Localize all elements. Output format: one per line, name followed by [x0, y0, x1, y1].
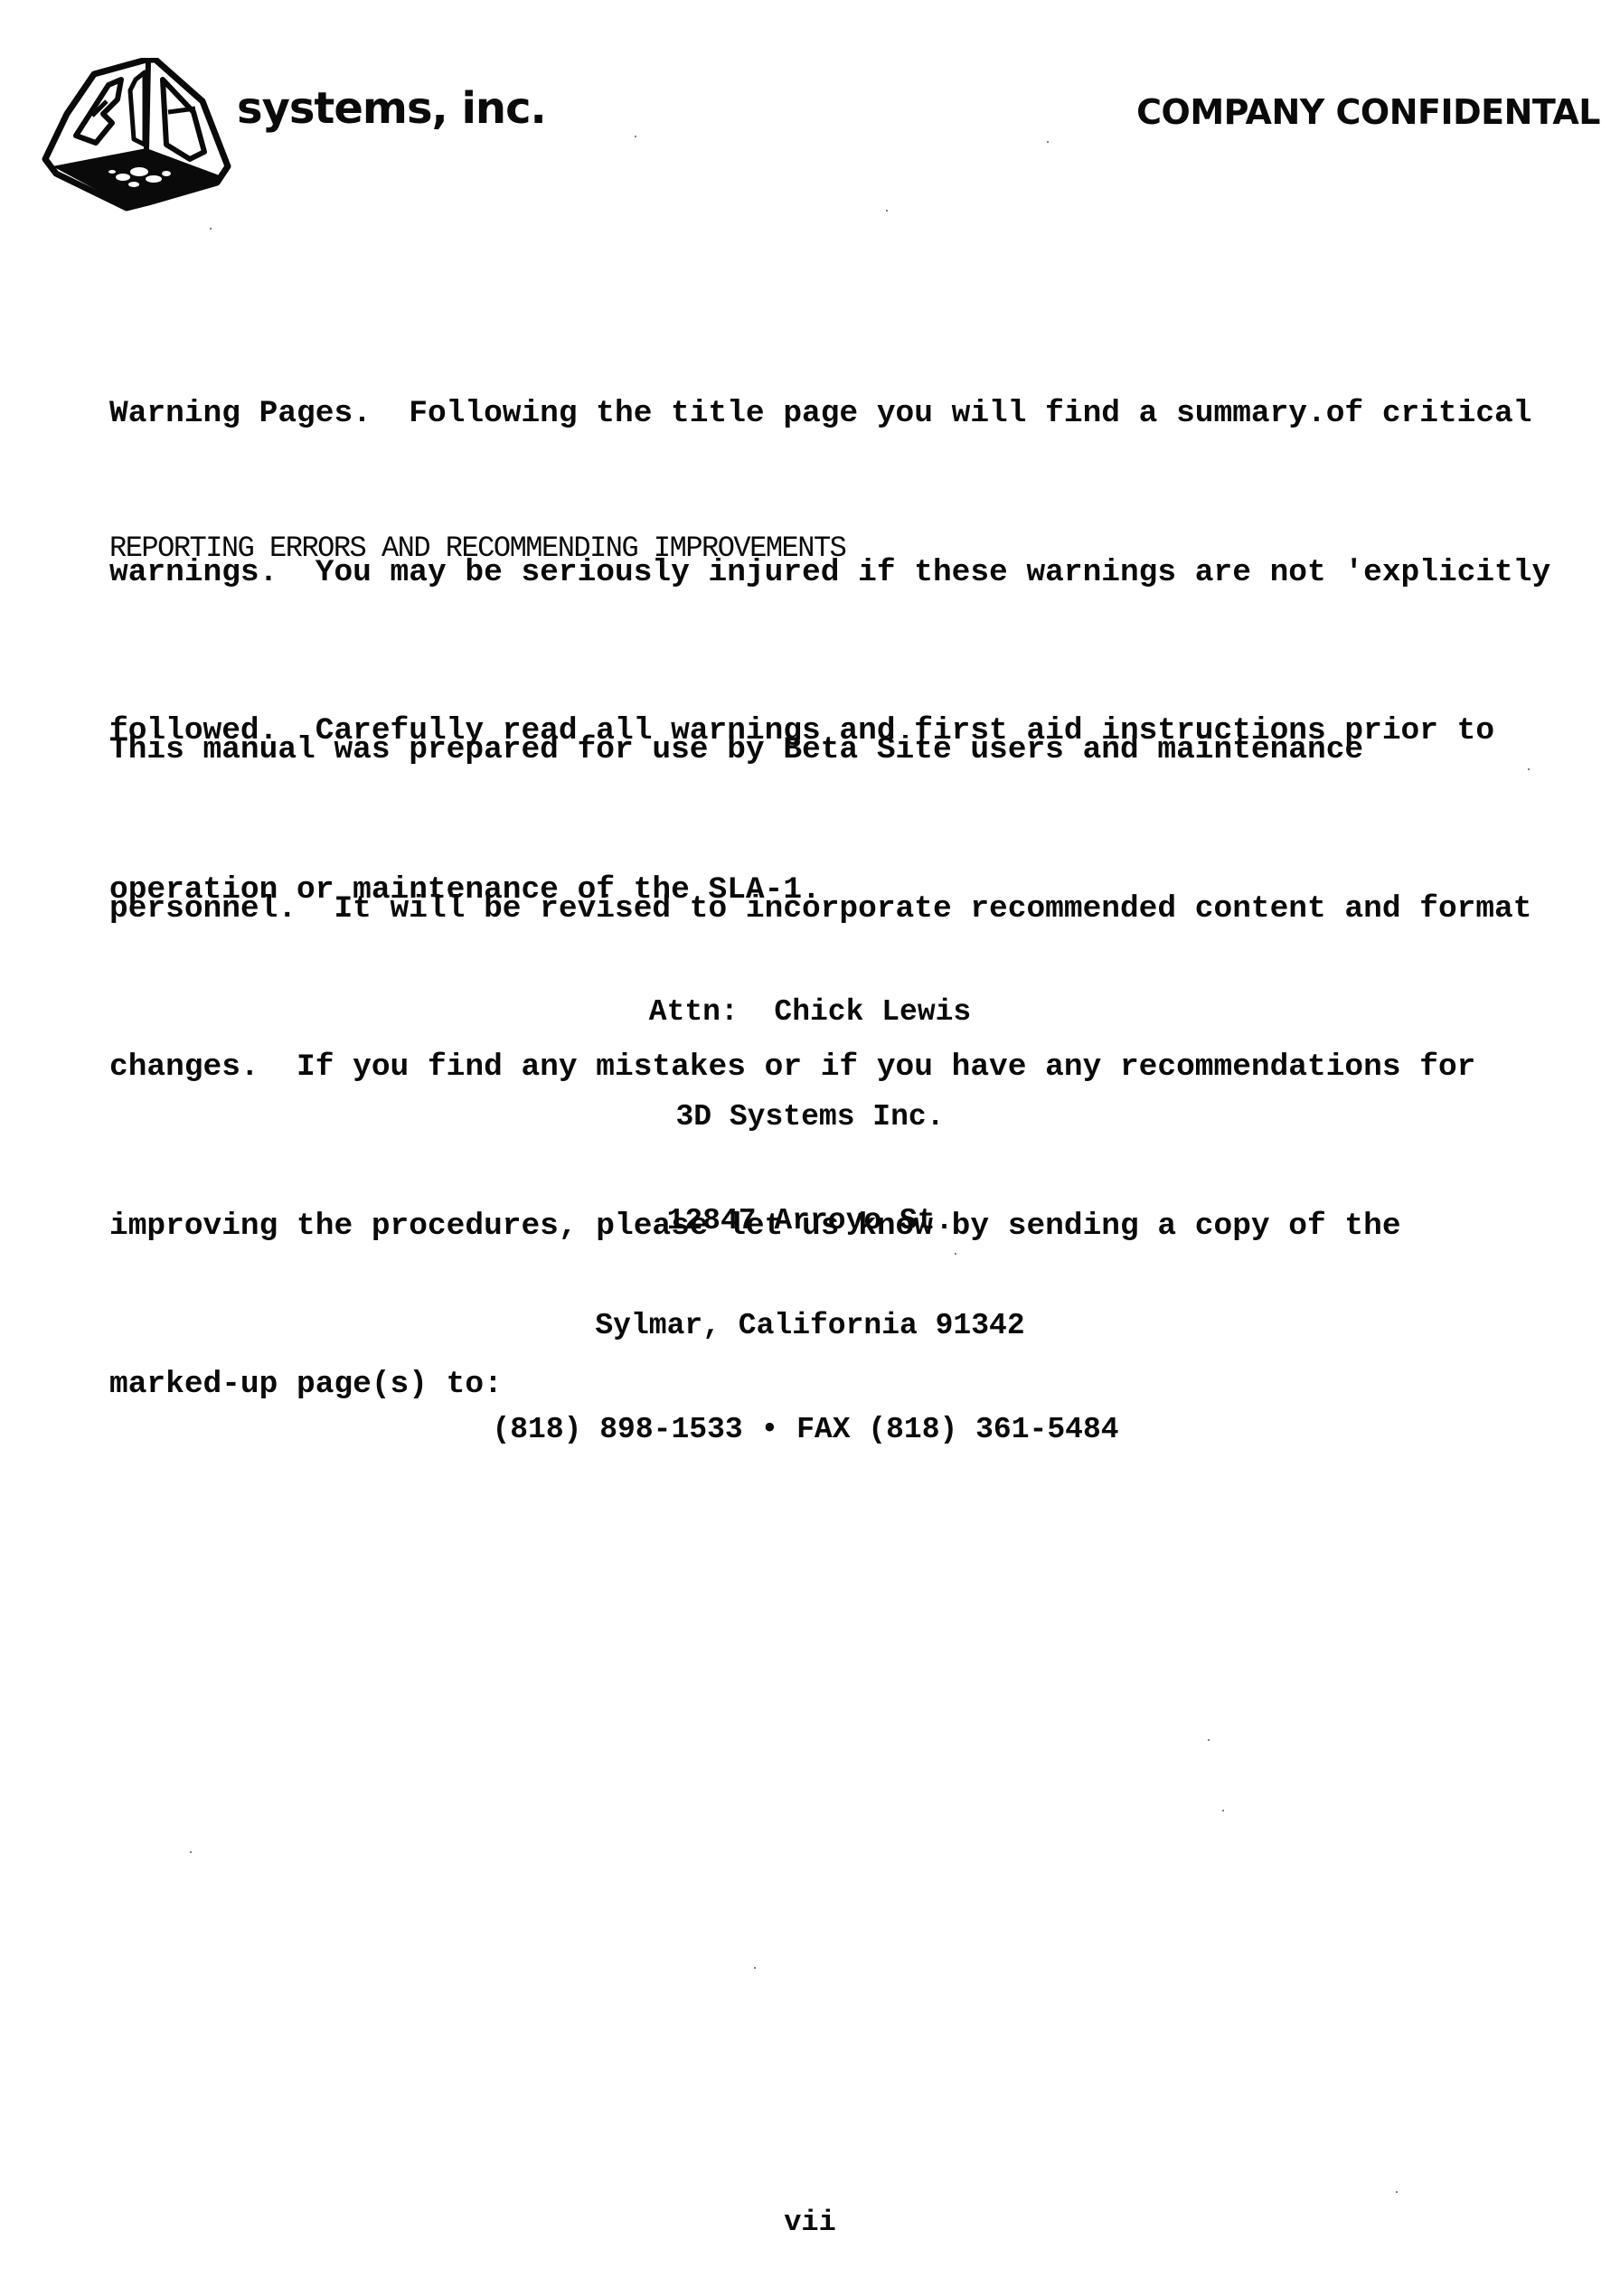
scan-speck: [1047, 141, 1049, 143]
address-phone-fax: (818) 898-1533 • FAX (818) 361-5484: [0, 1413, 1620, 1448]
scan-speck: [886, 210, 888, 212]
address-city: Sylmar, California 91342: [0, 1309, 1620, 1344]
scan-speck: [210, 228, 212, 230]
scan-speck: [1396, 2191, 1398, 2193]
scan-speck: [955, 1253, 956, 1255]
address-company: 3D Systems Inc.: [0, 1100, 1620, 1135]
company-name: systems, inc.: [237, 83, 546, 134]
scan-speck: [190, 1851, 192, 1853]
paragraph-line: Warning Pages. Following the title page …: [109, 388, 1550, 441]
section-heading: REPORTING ERRORS AND RECOMMENDING IMPROV…: [109, 532, 845, 565]
confidential-label: COMPANY CONFIDENTAL: [1136, 92, 1600, 132]
3d-systems-logo-icon: [40, 58, 231, 212]
paragraph-line: This manual was prepared for use by Beta…: [109, 724, 1531, 777]
address-block: Attn: Chick Lewis 3D Systems Inc. 12847 …: [0, 926, 1620, 1482]
scan-speck: [1528, 768, 1530, 770]
page-number: vii: [0, 2206, 1620, 2239]
scan-speck: [754, 1967, 756, 1969]
address-attn: Attn: Chick Lewis: [0, 995, 1620, 1030]
address-street: 12847 Arroyo St.: [0, 1204, 1620, 1239]
scan-speck: [635, 136, 636, 137]
scan-speck: [1222, 1810, 1224, 1811]
scan-speck: [1208, 1739, 1210, 1741]
